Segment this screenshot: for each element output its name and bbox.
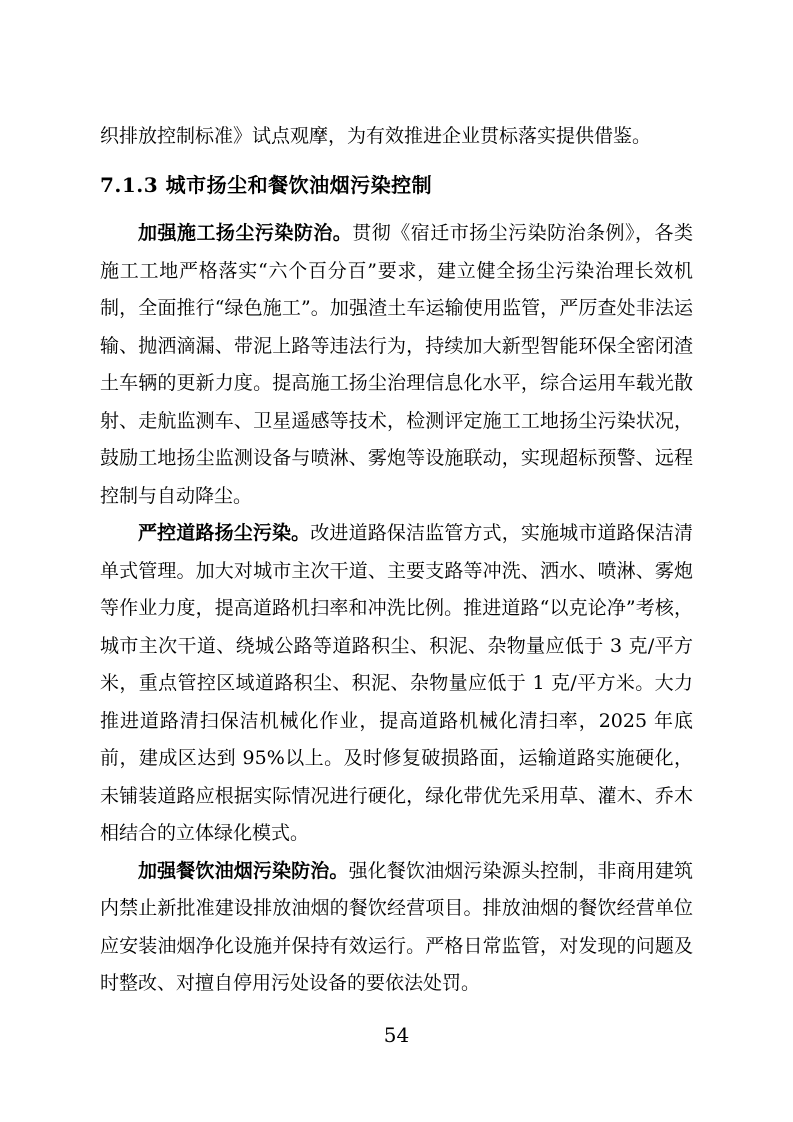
page-body: 织排放控制标准》试点观摩，为有效推进企业贯标落实提供借鉴。 7.1.3 城市扬尘… [100,118,693,1003]
section-heading: 7.1.3 城市扬尘和餐饮油烟污染控制 [100,167,693,205]
paragraph-road-dust: 严控道路扬尘污染。改进道路保洁监管方式，实施城市道路保洁清单式管理。加大对城市主… [100,515,693,853]
page-number: 54 [0,1022,793,1048]
paragraph-construction-dust-lead: 加强施工扬尘污染防治。 [138,222,352,244]
paragraph-construction-dust-body: 贯彻《宿迁市扬尘污染防治条例》，各类施工工地严格落实“六个百分百”要求，建立健全… [100,222,693,507]
paragraph-road-dust-lead: 严控道路扬尘污染。 [138,522,310,544]
paragraph-road-dust-body: 改进道路保洁监管方式，实施城市道路保洁清单式管理。加大对城市主次干道、主要支路等… [100,522,693,844]
document-page: 织排放控制标准》试点观摩，为有效推进企业贯标落实提供借鉴。 7.1.3 城市扬尘… [0,0,793,1122]
paragraph-cooking-fume-lead: 加强餐饮油烟污染防治。 [138,860,349,882]
paragraph-construction-dust: 加强施工扬尘污染防治。贯彻《宿迁市扬尘污染防治条例》，各类施工工地严格落实“六个… [100,215,693,515]
continuation-paragraph: 织排放控制标准》试点观摩，为有效推进企业贯标落实提供借鉴。 [100,118,693,156]
paragraph-cooking-fume: 加强餐饮油烟污染防治。强化餐饮油烟污染源头控制，非商用建筑内禁止新批准建设排放油… [100,853,693,1003]
